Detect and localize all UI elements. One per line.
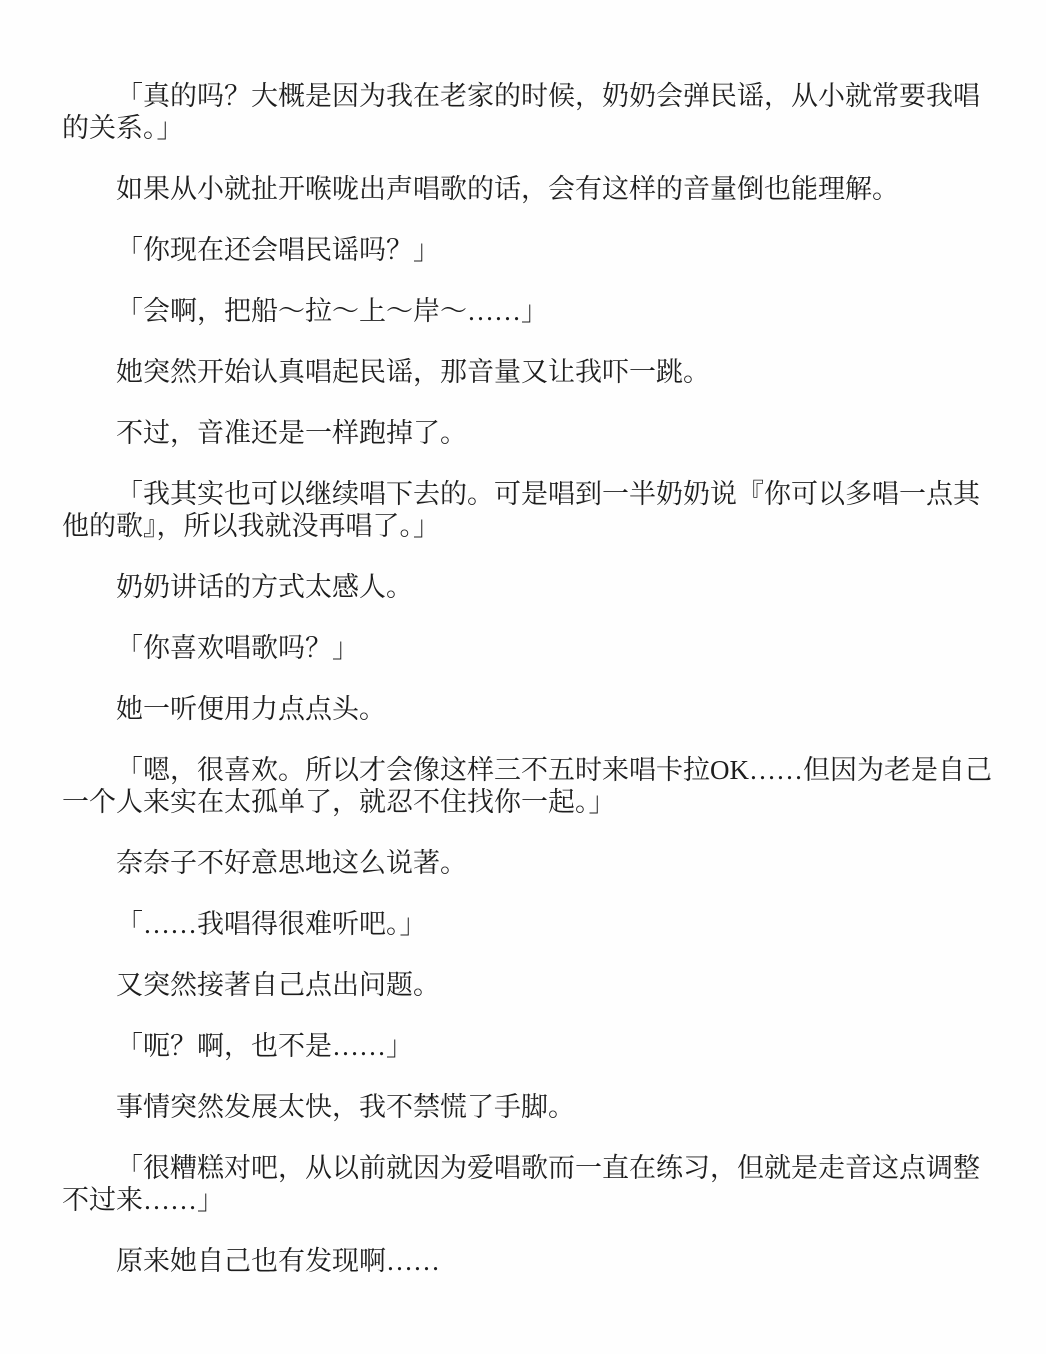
paragraph-13: 「……我唱得很难听吧。」 <box>62 908 998 940</box>
paragraph-14: 又突然接著自己点出问题。 <box>62 969 998 1001</box>
paragraph-6: 不过，音准还是一样跑掉了。 <box>62 417 998 449</box>
paragraph-9: 「你喜欢唱歌吗？」 <box>62 632 998 664</box>
paragraph-5: 她突然开始认真唱起民谣，那音量又让我吓一跳。 <box>62 356 998 388</box>
text-block: 「真的吗？大概是因为我在老家的时候，奶奶会弹民谣，从小就常要我唱的关系。」 如果… <box>62 80 998 1277</box>
paragraph-2: 如果从小就扯开喉咙出声唱歌的话，会有这样的音量倒也能理解。 <box>62 173 998 205</box>
paragraph-7: 「我其实也可以继续唱下去的。可是唱到一半奶奶说『你可以多唱一点其他的歌』，所以我… <box>62 478 998 542</box>
paragraph-8: 奶奶讲话的方式太感人。 <box>62 571 998 603</box>
paragraph-10: 她一听便用力点点头。 <box>62 693 998 725</box>
paragraph-4: 「会啊，把船～拉～上～岸～……」 <box>62 295 998 327</box>
paragraph-3: 「你现在还会唱民谣吗？」 <box>62 234 998 266</box>
paragraph-16: 事情突然发展太快，我不禁慌了手脚。 <box>62 1091 998 1123</box>
paragraph-1: 「真的吗？大概是因为我在老家的时候，奶奶会弹民谣，从小就常要我唱的关系。」 <box>62 80 998 144</box>
paragraph-18: 原来她自己也有发现啊…… <box>62 1245 998 1277</box>
paragraph-17: 「很糟糕对吧，从以前就因为爱唱歌而一直在练习，但就是走音这点调整不过来……」 <box>62 1152 998 1216</box>
paragraph-15: 「呃？啊，也不是……」 <box>62 1030 998 1062</box>
paragraph-12: 奈奈子不好意思地这么说著。 <box>62 847 998 879</box>
page: 「真的吗？大概是因为我在老家的时候，奶奶会弹民谣，从小就常要我唱的关系。」 如果… <box>0 0 1046 1354</box>
paragraph-11: 「嗯，很喜欢。所以才会像这样三不五时来唱卡拉OK……但因为老是自己一个人来实在太… <box>62 754 998 818</box>
